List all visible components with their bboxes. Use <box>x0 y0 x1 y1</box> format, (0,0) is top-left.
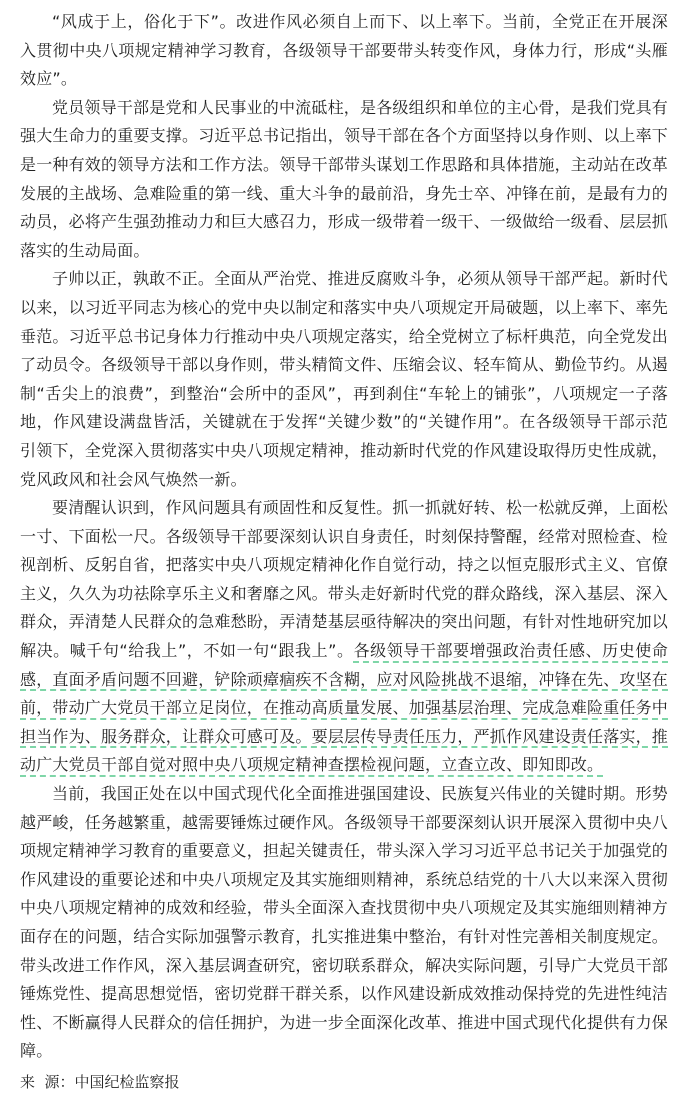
paragraph-text: 子帅以正，孰敢不正。全面从严治党、推进反腐败斗争，必须从领导干部严起。新时代以来… <box>20 269 668 488</box>
article-body: “风成于上，俗化于下”。改进作风必须自上而下、以上率下。当前，全党正在开展深入贯… <box>20 8 668 1066</box>
paragraph-3: 子帅以正，孰敢不正。全面从严治党、推进反腐败斗争，必须从领导干部严起。新时代以来… <box>20 265 668 494</box>
paragraph-2: 党员领导干部是党和人民事业的中流砥柱，是各级组织和单位的主心骨，是我们党具有强大… <box>20 94 668 266</box>
paragraph-5: 当前，我国正处在以中国式现代化全面推进强国建设、民族复兴伟业的关键时期。形势越严… <box>20 780 668 1066</box>
highlighted-text: 各级领导干部要增强政治责任感、历史使命感，直面矛盾问题不回避，铲除顽瘴痼疾不含糊… <box>20 641 668 774</box>
paragraph-text: 党员领导干部是党和人民事业的中流砥柱，是各级组织和单位的主心骨，是我们党具有强大… <box>20 98 668 260</box>
paragraph-text: “风成于上，俗化于下”。改进作风必须自上而下、以上率下。当前，全党正在开展深入贯… <box>20 12 668 88</box>
paragraph-4: 要清醒认识到，作风问题具有顽固性和反复性。抓一抓就好转、松一松就反弹，上面松一寸… <box>20 494 668 780</box>
paragraph-text: 当前，我国正处在以中国式现代化全面推进强国建设、民族复兴伟业的关键时期。形势越严… <box>20 784 668 1060</box>
paragraph-text: 要清醒认识到，作风问题具有顽固性和反复性。抓一抓就好转、松一松就反弹，上面松一寸… <box>20 498 668 660</box>
source-line: 来 源：中国纪检监察报 <box>20 1071 180 1092</box>
paragraph-1: “风成于上，俗化于下”。改进作风必须自上而下、以上率下。当前，全党正在开展深入贯… <box>20 8 668 94</box>
source-value: 中国纪检监察报 <box>75 1073 180 1091</box>
source-label: 来 源： <box>20 1073 75 1091</box>
